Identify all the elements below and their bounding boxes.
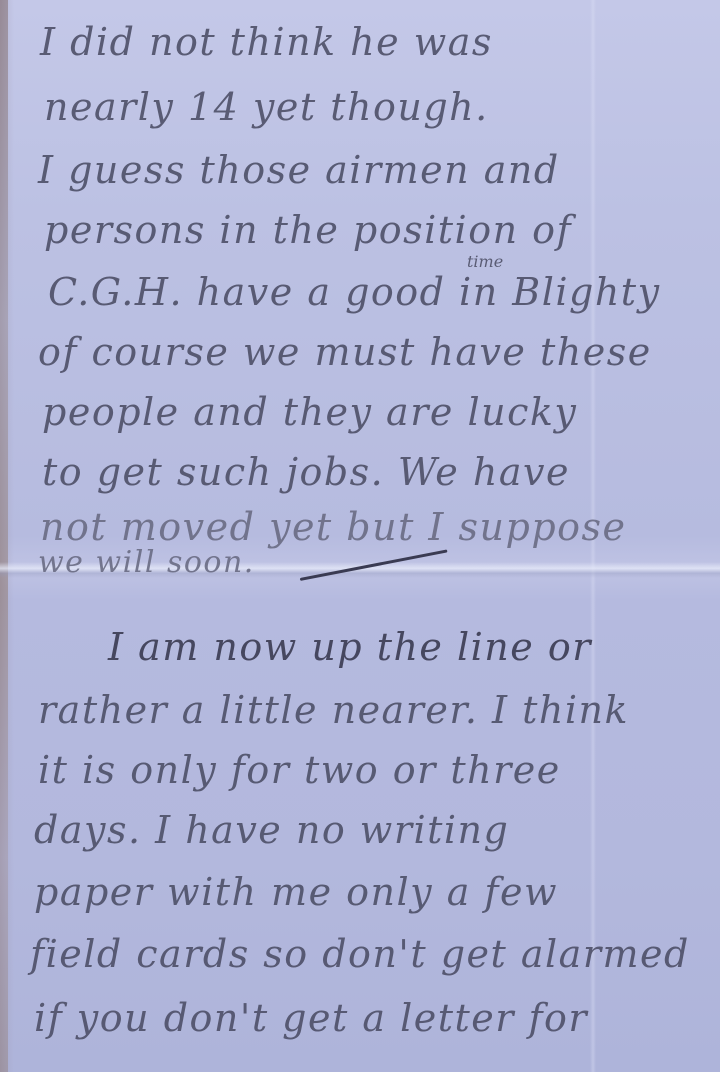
insertion-above-word: time <box>467 252 503 271</box>
handwritten-line: of course we must have these <box>38 330 652 374</box>
handwritten-line: days. I have no writing <box>34 808 509 852</box>
handwritten-line: rather a little nearer. I think <box>38 688 629 732</box>
letter-page: I did not think he was nearly 14 yet tho… <box>0 0 720 1072</box>
handwritten-line: not moved yet but I suppose <box>40 505 627 549</box>
handwritten-line: C.G.H. have a good in Blighty <box>48 270 661 314</box>
handwritten-line: it is only for two or three <box>38 748 561 792</box>
paper-edge-stain <box>0 0 8 1072</box>
handwritten-line: people and they are lucky <box>42 390 577 434</box>
handwritten-line: paper with me only a few <box>34 870 558 914</box>
handwritten-line: persons in the position of <box>44 208 572 252</box>
handwritten-line: nearly 14 yet though. <box>44 85 489 129</box>
handwritten-line: we will soon. <box>38 545 255 580</box>
handwritten-line: field cards so don't get alarmed <box>30 932 690 976</box>
handwritten-line: to get such jobs. We have <box>42 450 570 494</box>
handwritten-line: I did not think he was <box>40 20 493 64</box>
handwritten-line: I guess those airmen and <box>38 148 560 192</box>
handwritten-line: I am now up the line or <box>108 625 592 669</box>
handwritten-line: if you don't get a letter for <box>34 996 588 1040</box>
